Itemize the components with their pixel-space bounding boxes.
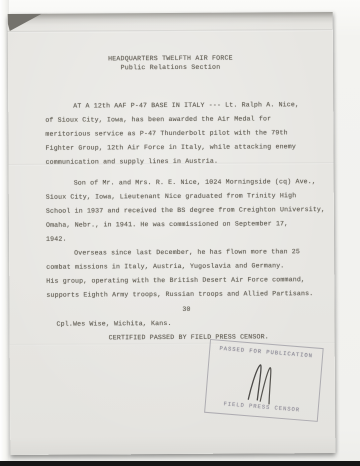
censor-certification-line: CERTIFIED PASSED BY FIELD PRESS CENSOR. [47,330,327,346]
body-line: communication and supply lines in Austri… [46,154,326,170]
scanned-page: HEADQUARTERS TWELFTH AIR FORCE Public Re… [0,0,360,466]
body-line: Fighter Group, 12th Air Force in Italy, … [45,140,325,156]
body-line: Omaha, Nebr., in 1941. He was commission… [46,217,326,233]
signature-icon [242,355,284,406]
scan-bottom-strip [0,461,360,466]
document-header: HEADQUARTERS TWELFTH AIR FORCE Public Re… [8,53,333,73]
body-line: supports Eighth Army troops, Russian tro… [46,287,326,303]
press-release-paper: HEADQUARTERS TWELFTH AIR FORCE Public Re… [8,12,336,455]
top-fold-shadow [8,12,333,25]
header-section-line: Public Relations Section [8,62,333,73]
body-line: AT A 12th AAF P-47 BASE IN ITALY --- Lt.… [45,98,325,114]
document-body: AT A 12th AAF P-47 BASE IN ITALY --- Lt.… [45,98,326,346]
censor-stamp: PASSED FOR PUBLICATION FIELD PRESS CENSO… [204,339,324,422]
paper-crease [8,29,333,33]
